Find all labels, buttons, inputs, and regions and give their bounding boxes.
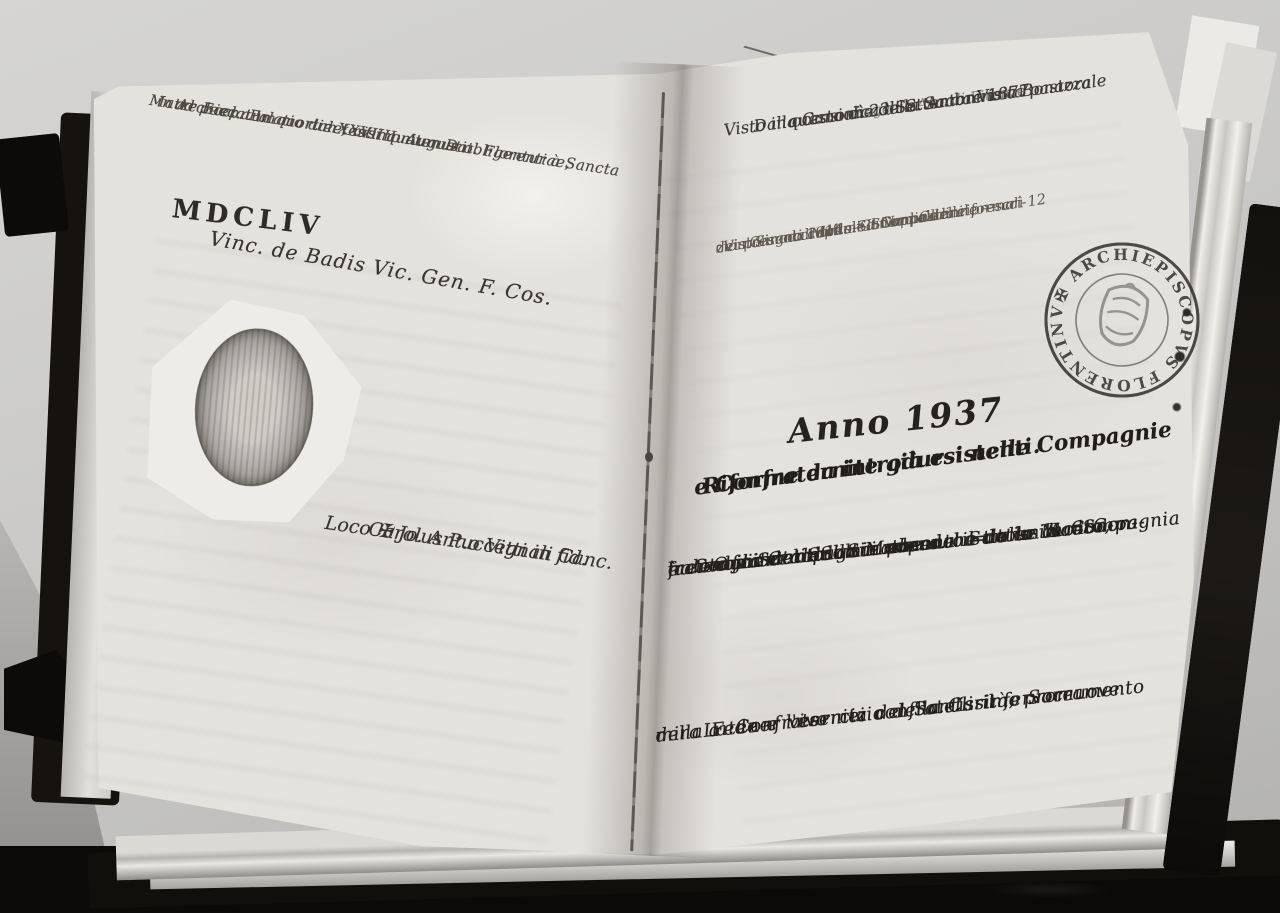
wax-seal: [189, 324, 320, 492]
book-clasp-top: [0, 133, 69, 237]
stamp-coat-of-arms: [1094, 279, 1152, 350]
photo-stage: ad peccatum mortale; nisi quatenus oblig…: [0, 0, 1280, 913]
stitch-knot: [645, 452, 653, 462]
